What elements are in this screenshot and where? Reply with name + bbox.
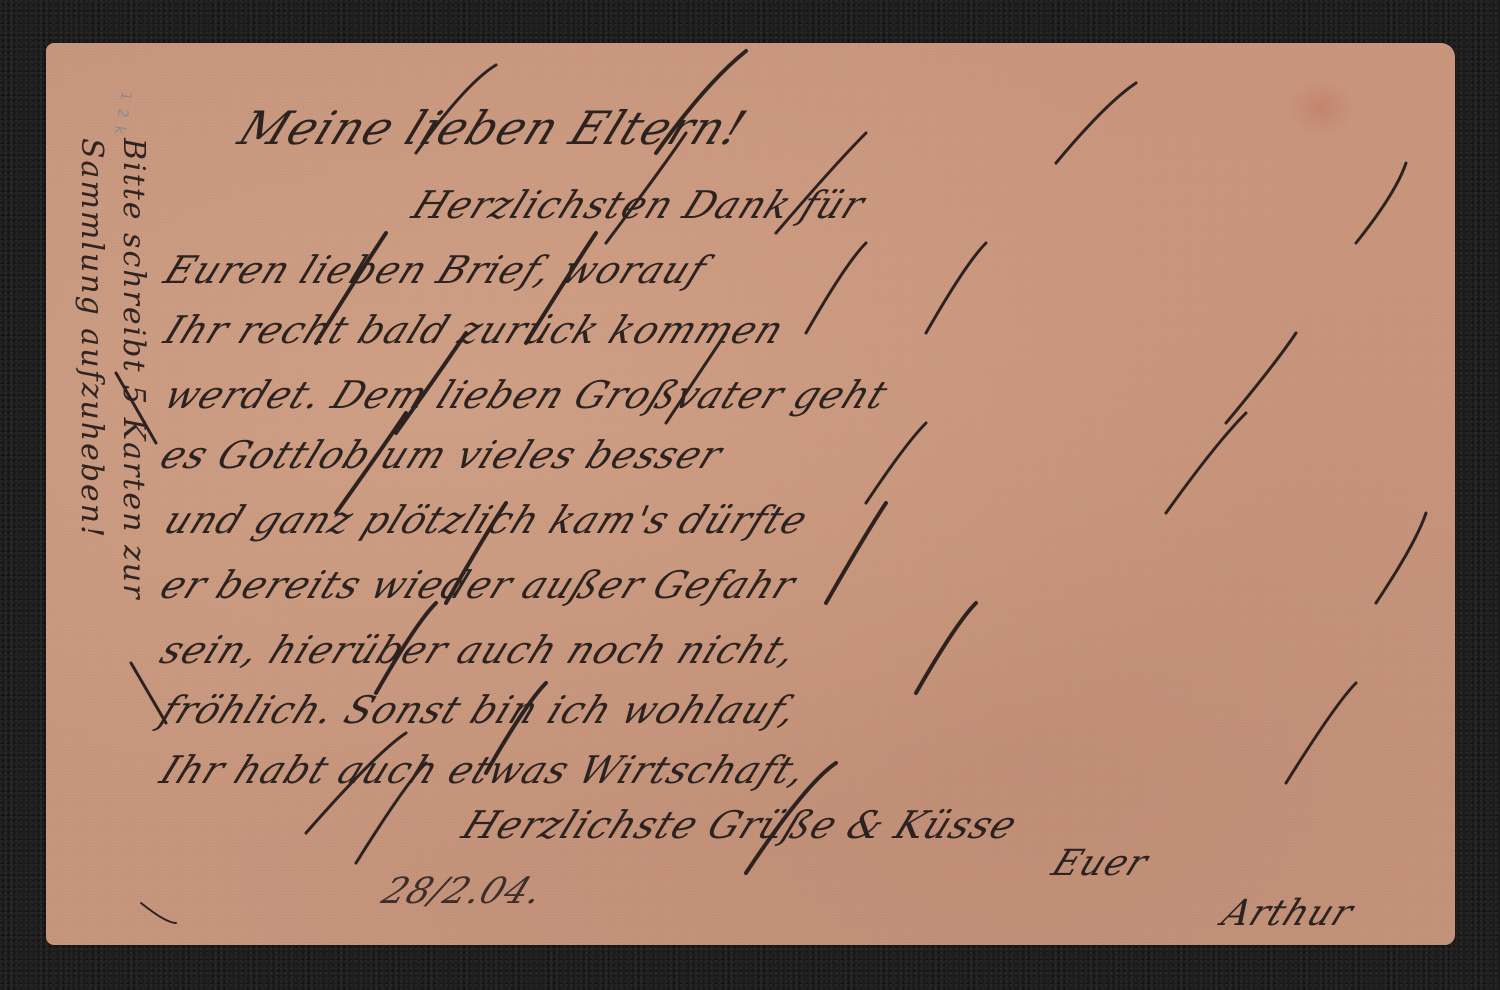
- body-line-9: fröhlich. Sonst bin ich wohlauf,: [154, 688, 805, 732]
- date: 28/2.04.: [376, 871, 550, 912]
- body-line-10: Ihr habt auch etwas Wirtschaft,: [154, 748, 814, 792]
- signature: Arthur: [1216, 893, 1360, 934]
- closing-word: Euer: [1046, 843, 1155, 884]
- salutation: Meine lieben Eltern!: [231, 101, 755, 155]
- body-line-2: Euren lieben Brief, worauf: [158, 248, 714, 292]
- closing-greeting: Herzlichste Grüße & Küsse: [456, 803, 1024, 847]
- body-line-3: Ihr recht bald zurück kommen: [158, 308, 791, 352]
- body-line-8: sein, hierüber auch noch nicht,: [154, 628, 804, 672]
- pencil-note: 1 2 k: [110, 90, 134, 137]
- margin-note-line-1: Bitte schreibt 5 Karten zur: [112, 138, 154, 918]
- body-line-7: er bereits wieder außer Gefahr: [154, 563, 803, 607]
- body-line-6: und ganz plötzlich kam's dürfte: [158, 498, 815, 542]
- body-line-1: Herzlichsten Dank für: [406, 183, 872, 227]
- postcard: 1 2 k Meine lieben Eltern! Herzl: [46, 43, 1455, 945]
- body-line-4: werdet. Dem lieben Großvater geht: [158, 373, 895, 417]
- margin-note: Bitte schreibt 5 Karten zur Sammlung auf…: [70, 138, 154, 918]
- faded-stamp-mark: [1286, 78, 1356, 138]
- margin-note-line-2: Sammlung aufzuheben!: [70, 138, 112, 918]
- body-line-5: es Gottlob um vieles besser: [154, 433, 729, 477]
